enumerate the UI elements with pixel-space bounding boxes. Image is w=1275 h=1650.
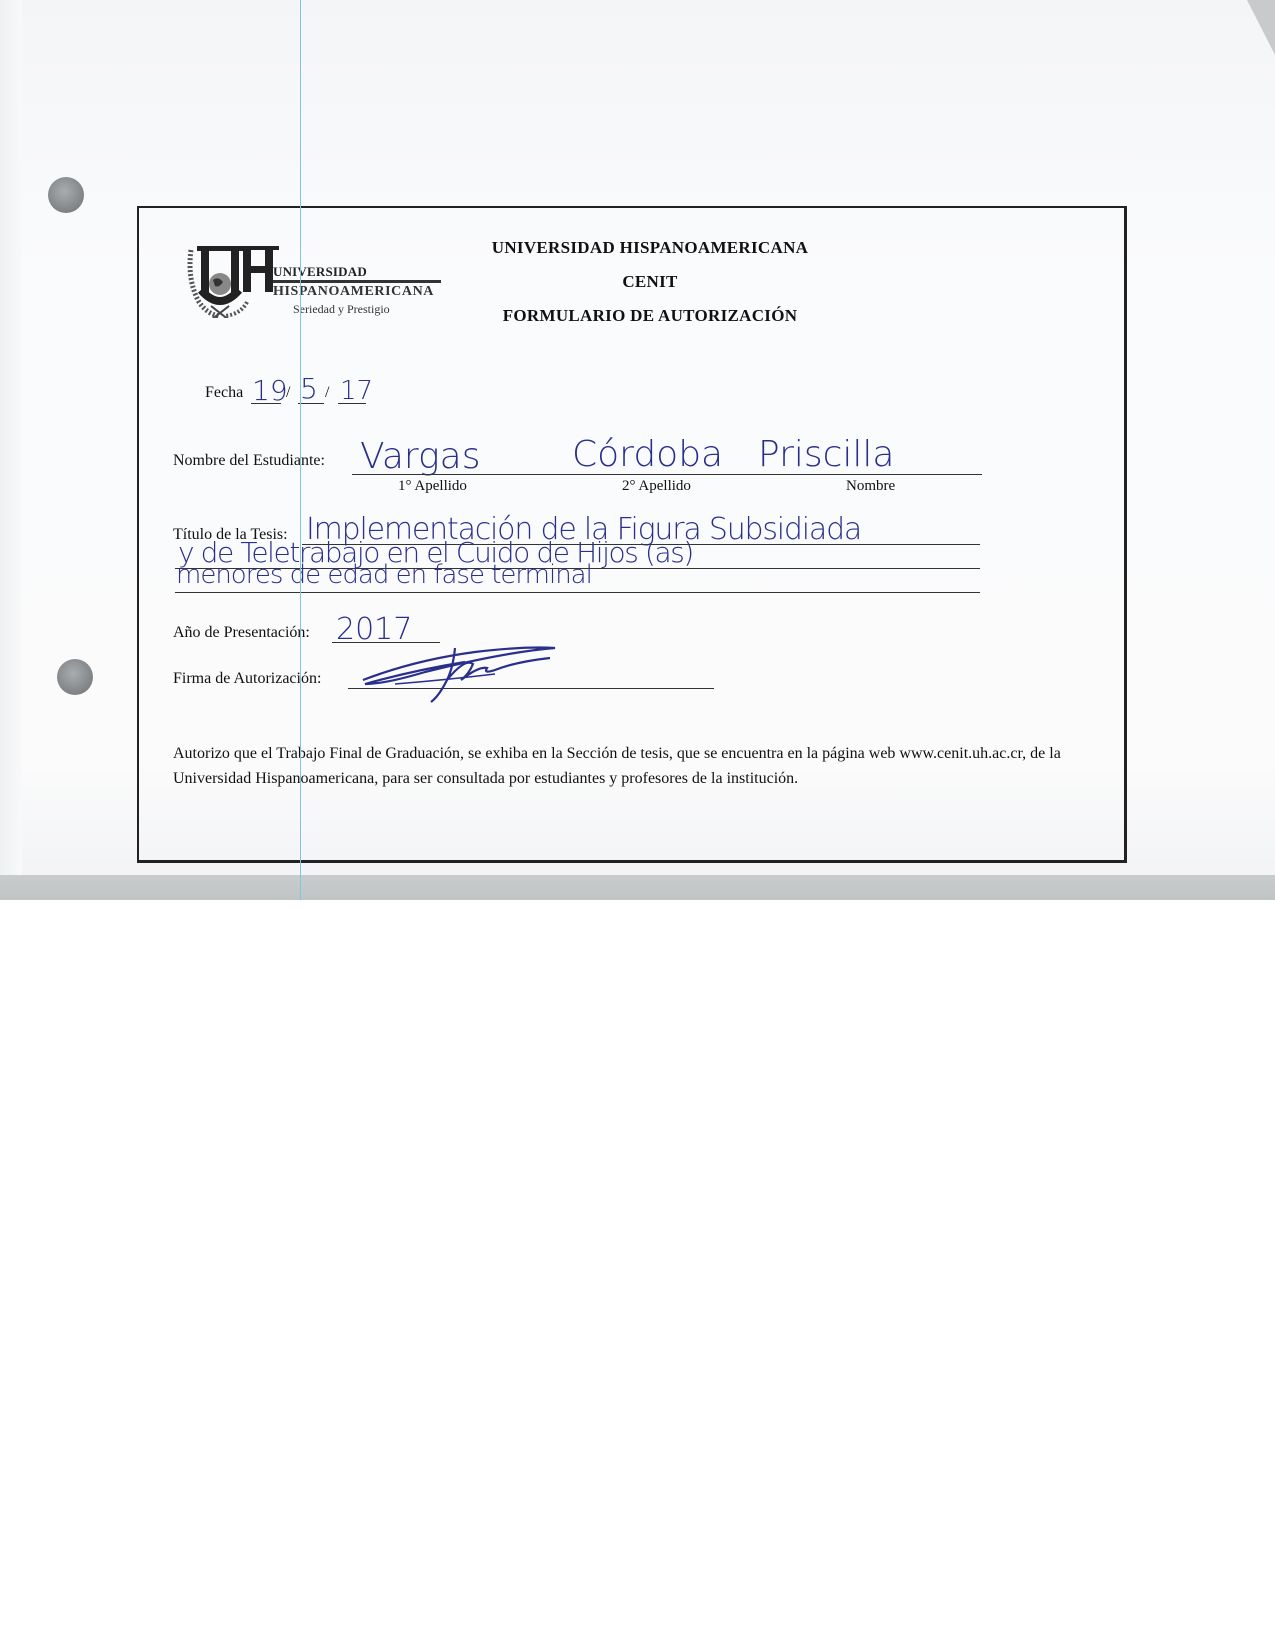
fecha-month-line — [298, 403, 324, 404]
fecha-month-value[interactable]: 5 — [300, 372, 318, 405]
scan-bottom-shadow — [0, 875, 1275, 900]
fecha-label: Fecha — [205, 384, 243, 402]
logo-text-hispanoamericana: HISPANOAMERICANA — [273, 284, 434, 300]
form-title: FORMULARIO DE AUTORIZACIÓN — [440, 306, 860, 326]
punch-hole-top — [48, 177, 84, 213]
apellido2-value[interactable]: Córdoba — [572, 434, 723, 475]
notebook-margin-line — [300, 0, 301, 900]
nombre-caption: Nombre — [846, 478, 895, 495]
fecha-year-value[interactable]: 17 — [340, 376, 373, 406]
student-name-line — [352, 474, 982, 475]
nombre-value[interactable]: Priscilla — [758, 434, 895, 475]
folded-corner — [1247, 0, 1275, 55]
authorization-paragraph: Autorizo que el Trabajo Final de Graduac… — [173, 741, 1123, 791]
university-title: UNIVERSIDAD HISPANOAMERICANA — [440, 238, 860, 258]
punch-hole-bottom — [57, 659, 93, 695]
year-label: Año de Presentación: — [173, 624, 310, 642]
logo-rule — [273, 280, 441, 283]
apellido1-value[interactable]: Vargas — [360, 436, 480, 477]
cenit-title: CENIT — [440, 272, 860, 292]
uh-logo-icon — [185, 240, 285, 318]
date-separator: / — [325, 384, 329, 402]
logo-text-universidad: UNIVERSIDAD — [273, 264, 367, 280]
date-separator: / — [286, 384, 290, 402]
signature-scribble[interactable] — [355, 640, 575, 705]
apellido2-caption: 2° Apellido — [622, 478, 691, 495]
student-name-label: Nombre del Estudiante: — [173, 452, 325, 470]
thesis-line-3-rule — [175, 592, 980, 593]
university-logo: UNIVERSIDAD HISPANOAMERICANA Seriedad y … — [185, 240, 445, 320]
thesis-title-line-3[interactable]: menores de edad en fase terminal — [176, 560, 592, 590]
fecha-year-line — [338, 403, 366, 404]
logo-slogan: Seriedad y Prestigio — [293, 302, 390, 317]
apellido1-caption: 1° Apellido — [398, 478, 467, 495]
fecha-day-line — [251, 403, 281, 404]
page-left-edge — [0, 0, 22, 900]
